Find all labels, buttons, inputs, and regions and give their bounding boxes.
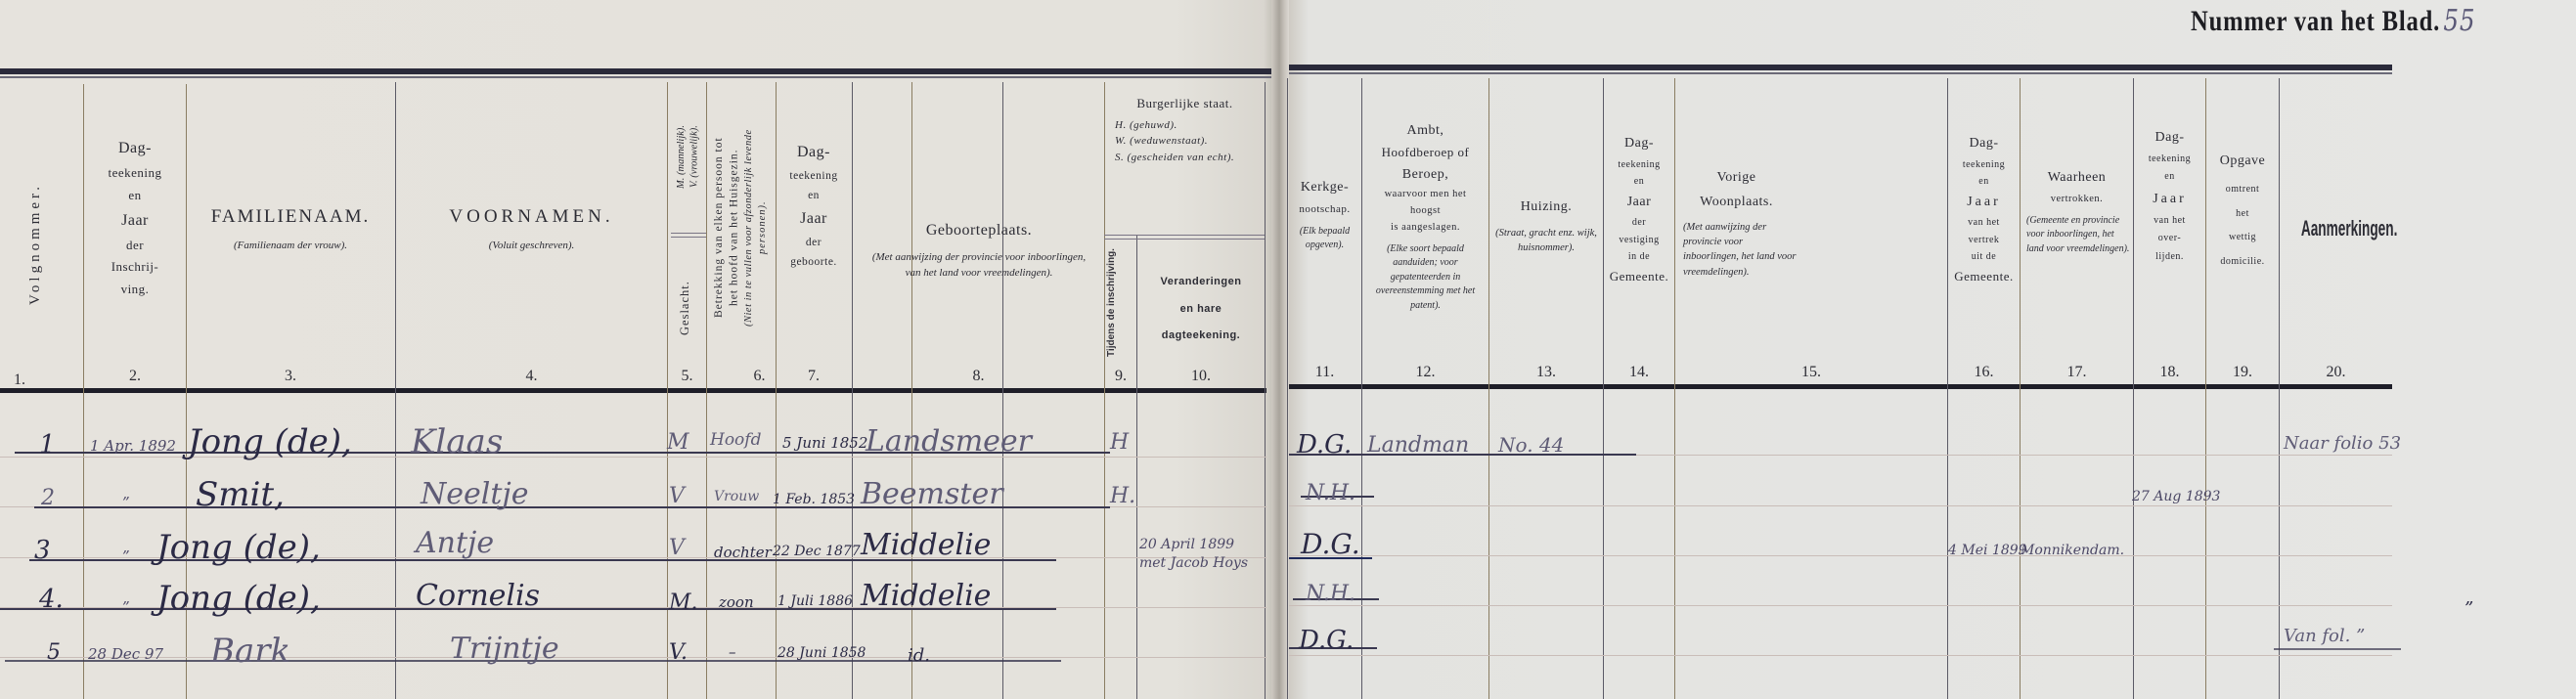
col-number: 9. (1105, 368, 1136, 385)
header-text: teekening (1604, 156, 1674, 174)
header-text: en hare (1137, 296, 1265, 324)
header-text: teekening (1948, 156, 2020, 174)
col-number: 15. (1675, 364, 1947, 381)
header-col2: Dag- teekening en Jaar der Inschrij- vin… (84, 135, 186, 301)
staat-legend: H. (gehuwd). W. (weduwenstaat). S. (gesc… (1105, 117, 1265, 166)
row1-geboorteplaats: Landsmeer (866, 424, 1032, 459)
row5-kerkgenootschap: D.G. (1299, 626, 1354, 655)
col-number: 11. (1288, 364, 1361, 381)
header-text: Dag- (84, 135, 186, 162)
row3-inschrijving: ” (122, 547, 130, 565)
row2-geslacht: V (669, 484, 685, 508)
header-text: Jaar (2134, 187, 2205, 212)
row1-beroep: Landman (1367, 433, 1469, 458)
row2-familienaam: Smit, (196, 475, 285, 514)
header-text: omtrent (2206, 178, 2279, 202)
header-text: Burgerlijke staat. (1105, 93, 1265, 115)
row4-geslacht: M. (669, 590, 698, 615)
row4-kerkgenootschap: N.H. (1306, 582, 1355, 606)
header-text: en (2134, 168, 2205, 187)
header-col3: FAMILIENAAM. (Familienaam der vrouw). (186, 200, 395, 254)
row1-staat: H (1110, 430, 1129, 455)
geslacht-split-line (671, 233, 706, 238)
sheet-number-value: 55 (2443, 4, 2475, 38)
row4-geboorteplaats: Middelie (861, 579, 991, 613)
header-text: Dag- (1948, 132, 2020, 156)
row1-familienaam: Jong (de), (188, 422, 352, 461)
header-text: waarvoor men het (1362, 186, 1488, 202)
header-text: Waarheen (2021, 166, 2133, 191)
header-text: het (2206, 202, 2279, 227)
header-text: Gemeente. (1948, 266, 2020, 288)
row3-geboorteplaats: Middelie (861, 528, 991, 562)
header-text: VOORNAMEN. (396, 200, 667, 233)
row-ruling (1289, 555, 2392, 556)
header-note: (Niet in te vullen voor afzonderlijk lev… (742, 86, 756, 370)
header-note: M. (mannelijk). (675, 86, 688, 228)
col-number: 17. (2021, 364, 2133, 381)
col-number: 7. (776, 368, 852, 385)
row1-huizing: No. 44 (1498, 433, 1564, 457)
header-text: is aangeslagen. (1362, 219, 1488, 236)
row2-geboortedatum: 1 Feb. 1853 (773, 492, 855, 507)
row3-voornamen: Antje (416, 526, 494, 560)
header-col6: Betrekking van elken persoon tot het hoo… (712, 86, 771, 370)
header-col8: Geboorteplaats. (Met aanwijzing der prov… (857, 217, 1101, 282)
header-note: (Elk bepaald opgeven). (1288, 225, 1361, 253)
row4-inschrijving: ” (122, 598, 130, 616)
row1-kerkgenootschap: D.G. (1297, 430, 1352, 459)
header-text: der (776, 233, 852, 252)
header-text: Jaar (1604, 191, 1674, 215)
row1-betrekking: Hoofd (710, 430, 761, 450)
header-text: nootschap. (1288, 200, 1361, 219)
header-text: der (84, 235, 186, 257)
row3-volgnummer: 3 (34, 536, 51, 565)
header-text: teekening (776, 166, 852, 186)
row3-kerkgenootschap: D.G. (1301, 528, 1360, 560)
col-number: 12. (1362, 364, 1488, 381)
col-number: 4. (396, 368, 667, 385)
header-note: (Straat, gracht enz. wijk, huisnommer). (1489, 226, 1603, 255)
header-col9: Tijdens de inschrijving. (1106, 244, 1135, 362)
header-text: en (776, 186, 852, 205)
header-note: S. (gescheiden van echt). (1115, 150, 1265, 166)
col-number: 5. (668, 368, 706, 385)
header-text: ving. (84, 279, 186, 301)
row1-geslacht: M (667, 430, 689, 455)
header-text: Huizing. (1489, 196, 1603, 220)
header-text: Dag- (1604, 132, 1674, 156)
header-text: vertrokken. (2021, 191, 2133, 208)
row5-aanmerkingen: Van fol. ” (2284, 626, 2365, 646)
row-ruling (0, 657, 1266, 658)
header-top-rule-right (1289, 65, 2392, 70)
header-col7: Dag- teekening en Jaar der geboorte. (776, 139, 852, 273)
header-text: over- (2134, 230, 2205, 248)
header-note: W. (weduwenstaat). (1115, 133, 1265, 150)
col-number: 3. (186, 368, 395, 385)
header-text: der (1604, 214, 1674, 232)
row4-betrekking: zoon (719, 593, 754, 611)
row1-geboortedatum: 5 Juni 1852 (782, 434, 867, 452)
col-number: 19. (2206, 364, 2279, 381)
col-divider (1287, 78, 1288, 699)
header-text: van het (2134, 212, 2205, 231)
header-note: (Met aanwijzing der provincie voor inboo… (1675, 220, 1798, 280)
header-text: Inschrij- (84, 256, 186, 279)
header-text: Gemeente. (1604, 266, 1674, 288)
header-text: Dag- (776, 139, 852, 166)
header-col16: Dag- teekening en Jaar van het vertrek u… (1948, 132, 2020, 287)
row2-inschrijving: ” (122, 494, 130, 511)
header-text: Dag- (2134, 125, 2205, 151)
col-number: 2. (84, 368, 186, 385)
header-text: en (1604, 173, 1674, 191)
header-col15: Vorige Woonplaats. (Met aanwijzing der p… (1675, 166, 1798, 280)
row5-geboortedatum: 28 Juni 1858 (777, 645, 866, 661)
header-text: Opgave (2206, 145, 2279, 178)
col-number: 13. (1489, 364, 1603, 381)
header-text: vertrek (1948, 232, 2020, 249)
header-col17: Waarheen vertrokken. (Gemeente en provin… (2021, 166, 2133, 256)
header-top-rule-left-thin (0, 76, 1271, 78)
row-ruling (1289, 605, 2392, 606)
row2-voornamen: Neeltje (421, 477, 528, 511)
header-text: Beroep, (1362, 163, 1488, 186)
header-text: Geboorteplaats. (857, 217, 1101, 244)
row3-waarheen: Monnikendam. (2021, 543, 2124, 558)
header-top-rule-left (0, 68, 1271, 74)
row4-voornamen: Cornelis (416, 579, 540, 613)
row2-kerkgenootschap: N.H. (1306, 481, 1355, 505)
header-col5-note: M. (mannelijk). V. (vrouwelijk). (675, 86, 704, 228)
header-note: personen). (756, 86, 770, 370)
row3-vertrek: 4 Mei 1899 (1948, 543, 2027, 558)
row2-betrekking: Vrouw (714, 489, 759, 504)
row3-geslacht: V (669, 536, 685, 560)
col-number: 10. (1137, 368, 1265, 385)
header-note: (Elke soort bepaald aanduiden; voor gepa… (1362, 242, 1488, 314)
header-text: en (1948, 173, 2020, 191)
header-col11: Kerkge- nootschap. (Elk bepaald opgeven)… (1288, 176, 1361, 253)
header-col5-geslacht: Geslacht. (678, 254, 701, 362)
header-text: Vorige (1675, 166, 1798, 191)
header-text: uit de (1948, 248, 2020, 266)
header-col13: Huizing. (Straat, gracht enz. wijk, huis… (1489, 196, 1603, 255)
header-note: (Familienaam der vrouw). (186, 239, 395, 254)
row2-overlijden: 27 Aug 1893 (2132, 489, 2220, 504)
row3-familienaam: Jong (de), (156, 528, 321, 567)
header-text: Jaar (84, 207, 186, 235)
row1-inschrijving: 1 Apr. 1892 (90, 437, 176, 455)
header-note: H. (gehuwd). (1115, 117, 1265, 134)
row2-staat: H. (1110, 484, 1135, 508)
header-text: dagteekening. (1137, 323, 1265, 350)
sheet-label-text: Nummer van het Blad. (2191, 5, 2440, 37)
row1-volgnummer: 1 (39, 430, 56, 459)
row4-geboortedatum: 1 Juli 1886 (777, 593, 853, 609)
col-number: 6. (743, 368, 776, 385)
header-text: FAMILIENAAM. (186, 200, 395, 233)
header-text: Veranderingen (1137, 269, 1265, 296)
header-note: V. (vrouwelijk). (688, 86, 702, 228)
header-text: wettig (2206, 226, 2279, 250)
header-text: Jaar (1948, 191, 2020, 215)
row2-volgnummer: 2 (41, 486, 55, 510)
row5-geboorteplaats: id. (908, 645, 930, 666)
header-text: Hoofdberoep of (1362, 142, 1488, 162)
row4-familienaam: Jong (de), (156, 579, 321, 618)
row-ruling (1289, 655, 2392, 656)
header-text: en (84, 185, 186, 207)
strikethrough-line (2274, 648, 2401, 650)
header-col10: Veranderingen en hare dagteekening. (1137, 269, 1265, 350)
row3-betrekking: dochter (714, 544, 772, 561)
header-text: Woonplaats. (1675, 191, 1798, 215)
header-col12: Ambt, Hoofdberoep of Beroep, waarvoor me… (1362, 119, 1488, 313)
register-page-right (1276, 0, 2576, 699)
staat-split-line (1104, 235, 1265, 240)
header-col14: Dag- teekening en Jaar der vestiging in … (1604, 132, 1674, 287)
row5-betrekking: – (729, 643, 736, 661)
col-number: 18. (2134, 364, 2205, 381)
header-text: teekening (84, 162, 186, 185)
row5-voornamen: Trijntje (450, 632, 559, 666)
header-col19: Opgave omtrent het wettig domicilie. (2206, 145, 2279, 274)
header-text: Jaar (776, 205, 852, 233)
sheet-number-label: Nummer van het Blad.55 (2191, 4, 2475, 38)
row4-volgnummer: 4. (39, 585, 64, 614)
header-top-rule-right-thin (1289, 72, 2392, 74)
header-col1-volgnommer: Volgnommer. (27, 147, 57, 342)
header-text: Betrekking van elken persoon tot (712, 86, 728, 370)
row5-inschrijving: 28 Dec 97 (88, 645, 163, 663)
col-number: 16. (1948, 364, 2020, 381)
row1-aanmerkingen: Naar folio 53 (2284, 433, 2401, 454)
row3-veranderingen: 20 April 1899 met Jacob Hoys (1139, 536, 1262, 573)
row5-familienaam: Bark (210, 632, 290, 671)
col-number: 20. (2280, 364, 2392, 381)
row4-aanmerkingen: ” (2465, 598, 2473, 619)
header-text: van het (1948, 214, 2020, 232)
row1-voornamen: Klaas (411, 422, 503, 461)
header-col20-aanmerkingen: Aanmerkingen. (2301, 210, 2371, 248)
header-text: Ambt, (1362, 119, 1488, 142)
header-text: het hoofd van het Huisgezin. (728, 86, 743, 370)
header-text: in de (1604, 248, 1674, 266)
header-note: (Met aanwijzing der provincie voor inboo… (857, 250, 1101, 282)
header-col4: VOORNAMEN. (Voluit geschreven). (396, 200, 667, 254)
header-text: teekening (2134, 151, 2205, 169)
header-col18: Dag- teekening en Jaar van het over- lij… (2134, 125, 2205, 266)
header-text: geboorte. (776, 252, 852, 272)
header-text: hoogst (1362, 202, 1488, 219)
header-text: vestiging (1604, 232, 1674, 249)
row5-geslacht: V. (669, 640, 688, 665)
header-bottom-rule-right (1289, 384, 2392, 389)
col-number: 14. (1604, 364, 1674, 381)
header-text: lijden. (2134, 248, 2205, 267)
header-burgerlijke-staat: Burgerlijke staat. H. (gehuwd). W. (wedu… (1105, 93, 1265, 165)
header-text: Kerkge- (1288, 176, 1361, 200)
header-bottom-rule-left (0, 388, 1266, 393)
col-number: 8. (853, 368, 1104, 385)
row2-geboorteplaats: Beemster (861, 477, 1003, 511)
row-ruling (1289, 505, 2392, 506)
col-number: 1. (0, 371, 39, 389)
header-text: domicilie. (2206, 250, 2279, 275)
row5-volgnummer: 5 (47, 640, 61, 665)
header-note: (Gemeente en provincie voor inboorlingen… (2021, 214, 2133, 257)
row3-geboortedatum: 22 Dec 1877 (773, 544, 861, 559)
header-note: (Voluit geschreven). (396, 239, 667, 254)
